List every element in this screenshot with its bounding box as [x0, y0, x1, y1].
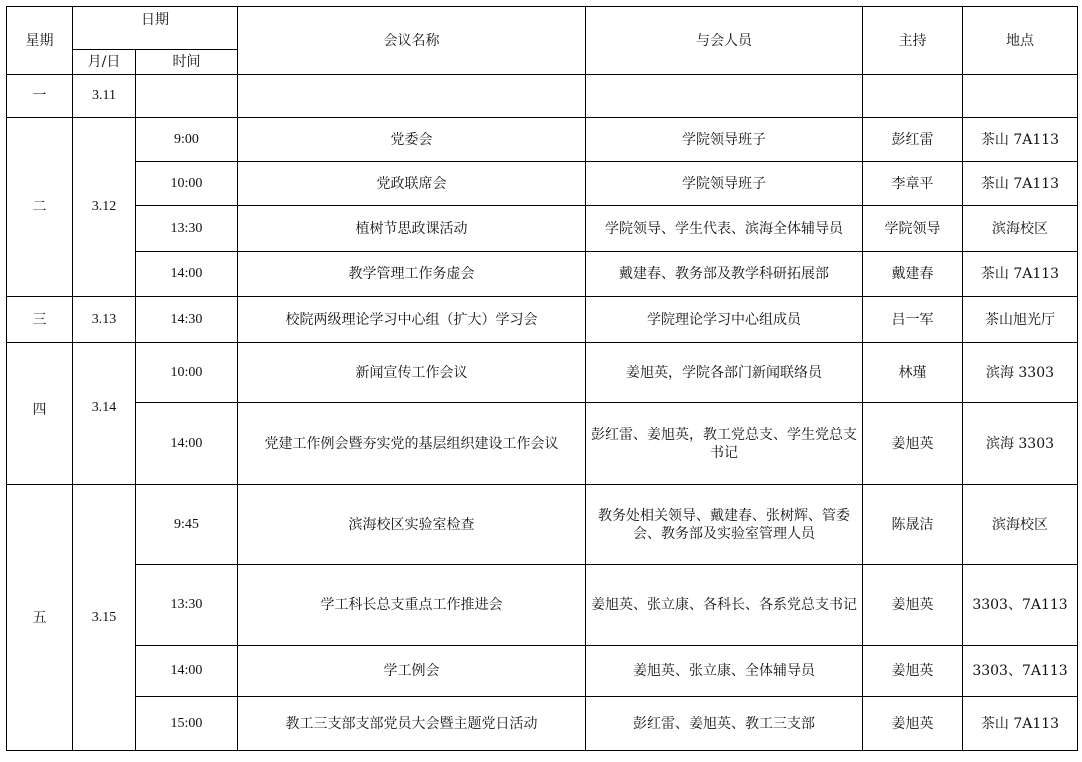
attendees-cell: 彭红雷、姜旭英、教工三支部	[586, 697, 863, 751]
table-row: 14:00 教学管理工作务虚会 戴建春、教务部及教学科研拓展部 戴建春 茶山 7…	[7, 252, 1078, 297]
host-cell: 李章平	[863, 162, 963, 206]
attendees-cell: 学院领导班子	[586, 118, 863, 162]
date-cell: 3.14	[73, 343, 136, 485]
table-row: 四 3.14 10:00 新闻宣传工作会议 姜旭英，学院各部门新闻联络员 林瑾 …	[7, 343, 1078, 403]
meeting-name-cell: 植树节思政课活动	[238, 206, 586, 252]
weekday-cell: 一	[7, 75, 73, 118]
host-cell: 陈晟洁	[863, 485, 963, 565]
location-cell: 茶山 7A113	[963, 118, 1078, 162]
location-cell	[963, 75, 1078, 118]
host-cell: 林瑾	[863, 343, 963, 403]
location-cell: 茶山 7A113	[963, 162, 1078, 206]
host-cell: 姜旭英	[863, 565, 963, 646]
location-cell: 茶山旭光厅	[963, 297, 1078, 343]
attendees-cell: 学院领导班子	[586, 162, 863, 206]
host-cell: 姜旭英	[863, 646, 963, 697]
header-month-day: 月/日	[73, 50, 136, 75]
header-host: 主持	[863, 7, 963, 75]
location-cell: 3303、7A113	[963, 565, 1078, 646]
host-cell: 彭红雷	[863, 118, 963, 162]
header-meeting-name: 会议名称	[238, 7, 586, 75]
attendees-cell: 学院理论学习中心组成员	[586, 297, 863, 343]
table-row: 10:00 党政联席会 学院领导班子 李章平 茶山 7A113	[7, 162, 1078, 206]
attendees-cell: 戴建春、教务部及教学科研拓展部	[586, 252, 863, 297]
table-row: 三 3.13 14:30 校院两级理论学习中心组（扩大）学习会 学院理论学习中心…	[7, 297, 1078, 343]
meeting-name-cell: 教工三支部支部党员大会暨主题党日活动	[238, 697, 586, 751]
meeting-name-cell	[238, 75, 586, 118]
location-cell: 茶山 7A113	[963, 697, 1078, 751]
table-row: 一 3.11	[7, 75, 1078, 118]
meeting-name-cell: 新闻宣传工作会议	[238, 343, 586, 403]
time-cell: 13:30	[136, 565, 238, 646]
date-cell: 3.11	[73, 75, 136, 118]
attendees-cell: 姜旭英、张立康、各科长、各系党总支书记	[586, 565, 863, 646]
meeting-name-cell: 党建工作例会暨夯实党的基层组织建设工作会议	[238, 403, 586, 485]
host-cell: 姜旭英	[863, 697, 963, 751]
location-cell: 滨海校区	[963, 485, 1078, 565]
time-cell: 14:30	[136, 297, 238, 343]
meeting-name-cell: 党政联席会	[238, 162, 586, 206]
time-cell: 15:00	[136, 697, 238, 751]
time-cell: 9:45	[136, 485, 238, 565]
attendees-cell: 彭红雷、姜旭英，教工党总支、学生党总支书记	[586, 403, 863, 485]
time-cell: 14:00	[136, 252, 238, 297]
location-cell: 滨海校区	[963, 206, 1078, 252]
meeting-name-cell: 教学管理工作务虚会	[238, 252, 586, 297]
host-cell	[863, 75, 963, 118]
table-row: 13:30 学工科长总支重点工作推进会 姜旭英、张立康、各科长、各系党总支书记 …	[7, 565, 1078, 646]
header-time: 时间	[136, 50, 238, 75]
table-row: 二 3.12 9:00 党委会 学院领导班子 彭红雷 茶山 7A113	[7, 118, 1078, 162]
meeting-name-cell: 滨海校区实验室检查	[238, 485, 586, 565]
meeting-name-cell: 学工例会	[238, 646, 586, 697]
host-cell: 戴建春	[863, 252, 963, 297]
time-cell: 10:00	[136, 162, 238, 206]
location-cell: 茶山 7A113	[963, 252, 1078, 297]
attendees-cell: 姜旭英，学院各部门新闻联络员	[586, 343, 863, 403]
date-cell: 3.12	[73, 118, 136, 297]
attendees-cell: 姜旭英、张立康、全体辅导员	[586, 646, 863, 697]
weekday-cell: 五	[7, 485, 73, 751]
header-weekday: 星期	[7, 7, 73, 75]
table-row: 13:30 植树节思政课活动 学院领导、学生代表、滨海全体辅导员 学院领导 滨海…	[7, 206, 1078, 252]
attendees-cell: 学院领导、学生代表、滨海全体辅导员	[586, 206, 863, 252]
host-cell: 姜旭英	[863, 403, 963, 485]
weekday-cell: 二	[7, 118, 73, 297]
location-cell: 3303、7A113	[963, 646, 1078, 697]
date-cell: 3.15	[73, 485, 136, 751]
table-row: 15:00 教工三支部支部党员大会暨主题党日活动 彭红雷、姜旭英、教工三支部 姜…	[7, 697, 1078, 751]
location-cell: 滨海 3303	[963, 343, 1078, 403]
time-cell: 14:00	[136, 403, 238, 485]
time-cell: 9:00	[136, 118, 238, 162]
date-cell: 3.13	[73, 297, 136, 343]
meeting-name-cell: 党委会	[238, 118, 586, 162]
weekday-cell: 四	[7, 343, 73, 485]
meeting-schedule-table: 星期 日期 会议名称 与会人员 主持 地点 月/日 时间 一 3.11 二 3.…	[6, 6, 1078, 751]
meeting-name-cell: 校院两级理论学习中心组（扩大）学习会	[238, 297, 586, 343]
table-row: 14:00 学工例会 姜旭英、张立康、全体辅导员 姜旭英 3303、7A113	[7, 646, 1078, 697]
header-date-group: 日期	[73, 7, 238, 50]
time-cell: 10:00	[136, 343, 238, 403]
time-cell: 13:30	[136, 206, 238, 252]
meeting-name-cell: 学工科长总支重点工作推进会	[238, 565, 586, 646]
header-location: 地点	[963, 7, 1078, 75]
attendees-cell	[586, 75, 863, 118]
weekday-cell: 三	[7, 297, 73, 343]
time-cell	[136, 75, 238, 118]
host-cell: 吕一军	[863, 297, 963, 343]
host-cell: 学院领导	[863, 206, 963, 252]
time-cell: 14:00	[136, 646, 238, 697]
table-row: 14:00 党建工作例会暨夯实党的基层组织建设工作会议 彭红雷、姜旭英，教工党总…	[7, 403, 1078, 485]
header-attendees: 与会人员	[586, 7, 863, 75]
location-cell: 滨海 3303	[963, 403, 1078, 485]
table-row: 五 3.15 9:45 滨海校区实验室检查 教务处相关领导、戴建春、张树辉、管委…	[7, 485, 1078, 565]
attendees-cell: 教务处相关领导、戴建春、张树辉、管委会、教务部及实验室管理人员	[586, 485, 863, 565]
